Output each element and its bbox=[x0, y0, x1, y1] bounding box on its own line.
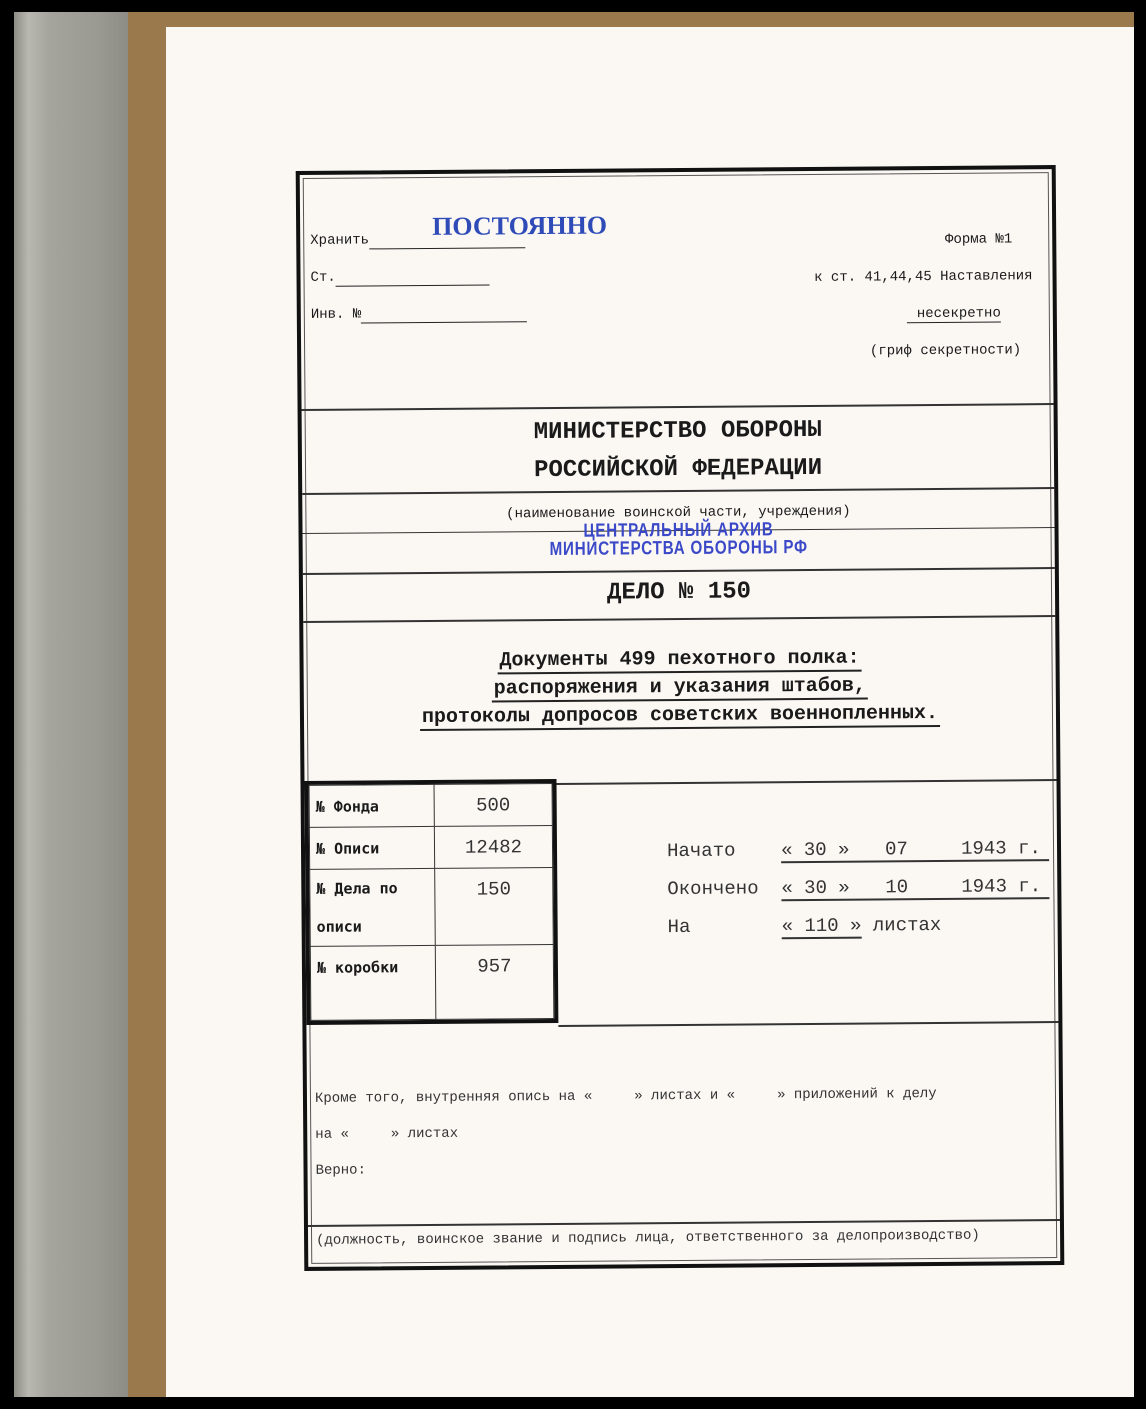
ended-label: Окончено bbox=[667, 877, 758, 900]
table-row: № Описи 12482 bbox=[309, 826, 552, 870]
sheets-count: « 110 » листах bbox=[782, 914, 942, 937]
sheets-label: На bbox=[668, 916, 691, 938]
table-row: № коробки 957 bbox=[310, 945, 554, 1021]
table-row: № Фонда 500 bbox=[309, 784, 552, 828]
folder-spine bbox=[14, 12, 134, 1397]
sheets-line: на « » листах bbox=[315, 1126, 458, 1143]
ended-date: « 30 » 10 1943 г. bbox=[781, 875, 1049, 901]
form-number: Форма №1 bbox=[945, 231, 1012, 248]
archive-stamp-line-2: МИНИСТЕРСТВА ОБОРОНЫ РФ bbox=[378, 536, 980, 563]
inv-field: Инв. № bbox=[311, 305, 528, 324]
started-date: « 30 » 07 1943 г. bbox=[781, 837, 1049, 863]
case-cover-form: Хранить ПОСТОЯННО Ст. Инв. № Форма №1 к … bbox=[296, 165, 1065, 1271]
keep-stamp: ПОСТОЯННО bbox=[432, 211, 607, 242]
table-row: № Дела по описи 150 bbox=[310, 868, 554, 947]
st-field: Ст. bbox=[310, 268, 489, 286]
started-label: Начато bbox=[667, 840, 736, 863]
secrecy-value: несекретно bbox=[907, 305, 1001, 323]
verified-label: Верно: bbox=[315, 1162, 366, 1178]
secrecy-caption: (гриф секретности) bbox=[870, 342, 1021, 359]
archive-table: № Фонда 500 № Описи 12482 № Дела по опис… bbox=[304, 779, 558, 1025]
instruction-ref: к ст. 41,44,45 Наставления bbox=[814, 268, 1033, 286]
